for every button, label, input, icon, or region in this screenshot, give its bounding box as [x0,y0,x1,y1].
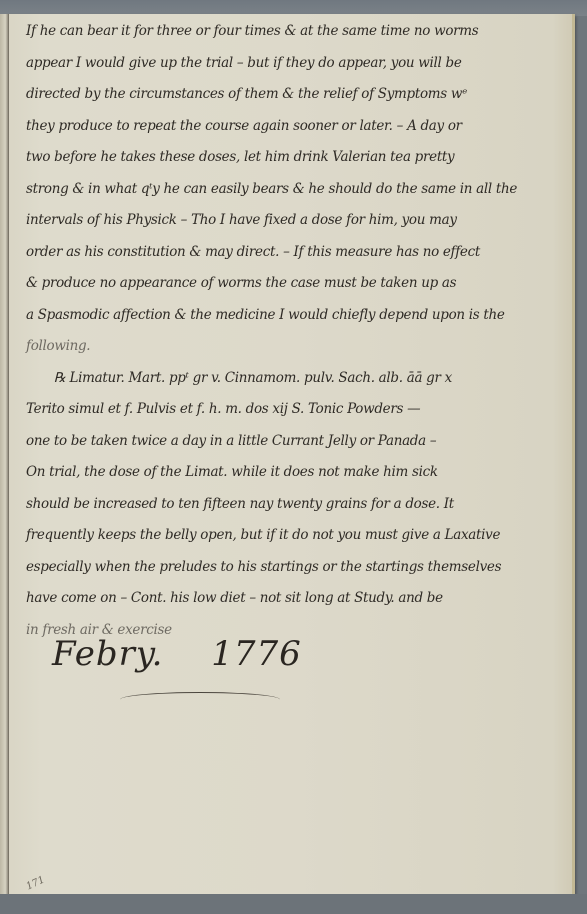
date-month: Febry. [52,634,163,674]
letter-line: following. [26,331,566,363]
letter-line: intervals of his Physick – Tho I have fi… [26,205,566,237]
letter-line: two before he takes these doses, let him… [26,142,566,174]
prescription-line: frequently keeps the belly open, but if … [26,520,566,552]
prescription-line: On trial, the dose of the Limat. while i… [26,457,566,489]
letter-line: appear I would give up the trial – but i… [26,48,566,80]
letter-body: If he can bear it for three or four time… [26,16,571,646]
letter-date: Febry. 1776 [52,634,302,674]
letter-line: order as his constitution & may direct. … [26,237,566,269]
letter-line: If he can bear it for three or four time… [26,16,566,48]
prescription-line: should be increased to ten fifteen nay t… [26,489,566,521]
letter-line: they produce to repeat the course again … [26,111,566,143]
binding-spine [0,14,9,904]
date-year: 1776 [211,634,302,674]
prescription-line: have come on – Cont. his low diet – not … [26,583,566,615]
letter-line: & produce no appearance of worms the cas… [26,268,566,300]
prescription-line: one to be taken twice a day in a little … [26,426,566,458]
prescription-line: Terito simul et f. Pulvis et f. h. m. do… [26,394,566,426]
prescription-line: especially when the preludes to his star… [26,552,566,584]
date-underline-flourish [120,692,280,707]
letter-line: directed by the circumstances of them & … [26,79,566,111]
letter-line: a Spasmodic affection & the medicine I w… [26,300,566,332]
scan-backdrop-bottom [0,894,587,914]
prescription-line: ℞ Limatur. Mart. ppᵗ gr v. Cinnamom. pul… [26,363,566,395]
letter-line: strong & in what qᵗy he can easily bears… [26,174,566,206]
